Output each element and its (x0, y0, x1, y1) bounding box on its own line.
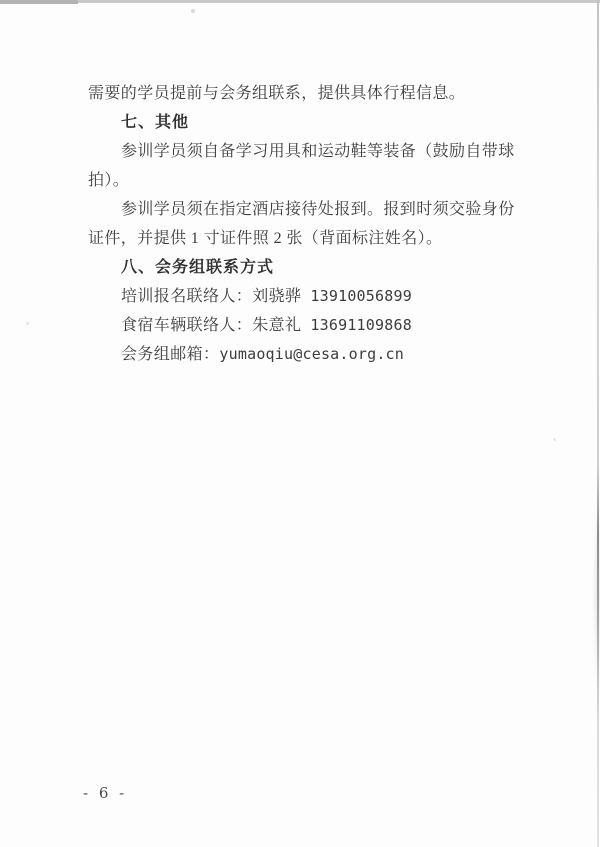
scan-edge-top-dark-segment (0, 0, 78, 4)
scan-smudge (595, 500, 600, 690)
scan-edge-top (0, 0, 600, 3)
scan-edge-right (597, 0, 599, 847)
scanned-document-page: 需要的学员提前与会务组联系，提供具体行程信息。 七、其他 参训学员须自备学习用具… (0, 0, 600, 847)
contact-lodging-transport: 食宿车辆联络人：朱意礼13691109868 (88, 311, 518, 340)
contact-person-name: 刘骁骅 (252, 288, 301, 305)
document-body: 需要的学员提前与会务组联系，提供具体行程信息。 七、其他 参训学员须自备学习用具… (88, 79, 518, 369)
paragraph-continuation-line: 需要的学员提前与会务组联系，提供具体行程信息。 (88, 79, 518, 108)
section-7-paragraph-1-line-2: 拍）。 (88, 166, 518, 195)
contact-email-line: 会务组邮箱：yumaoqiu@cesa.org.cn (88, 340, 518, 369)
section-7-paragraph-2-line-2: 证件，并提供 1 寸证件照 2 张（背面标注姓名）。 (88, 224, 518, 253)
section-7-paragraph-2-line-1: 参训学员须在指定酒店接待处报到。报到时须交验身份 (88, 195, 518, 224)
contact-person-name: 朱意礼 (252, 317, 301, 334)
scan-speck (191, 9, 195, 13)
contact-phone-number: 13691109868 (310, 316, 412, 334)
section-7-heading: 七、其他 (88, 108, 518, 137)
section-7-paragraph-1-line-1: 参训学员须自备学习用具和运动鞋等装备（鼓励自带球 (88, 137, 518, 166)
scan-speck (553, 438, 556, 441)
contact-training-registration: 培训报名联络人：刘骁骅13910056899 (88, 282, 518, 311)
scan-speck (26, 322, 29, 325)
email-label: 会务组邮箱： (121, 346, 219, 363)
contact-phone-number: 13910056899 (310, 287, 412, 305)
contact-label: 培训报名联络人： (121, 288, 252, 305)
email-address: yumaoqiu@cesa.org.cn (219, 345, 404, 363)
page-number: - 6 - (83, 784, 127, 802)
contact-label: 食宿车辆联络人： (121, 317, 252, 334)
section-8-heading: 八、会务组联系方式 (88, 253, 518, 282)
